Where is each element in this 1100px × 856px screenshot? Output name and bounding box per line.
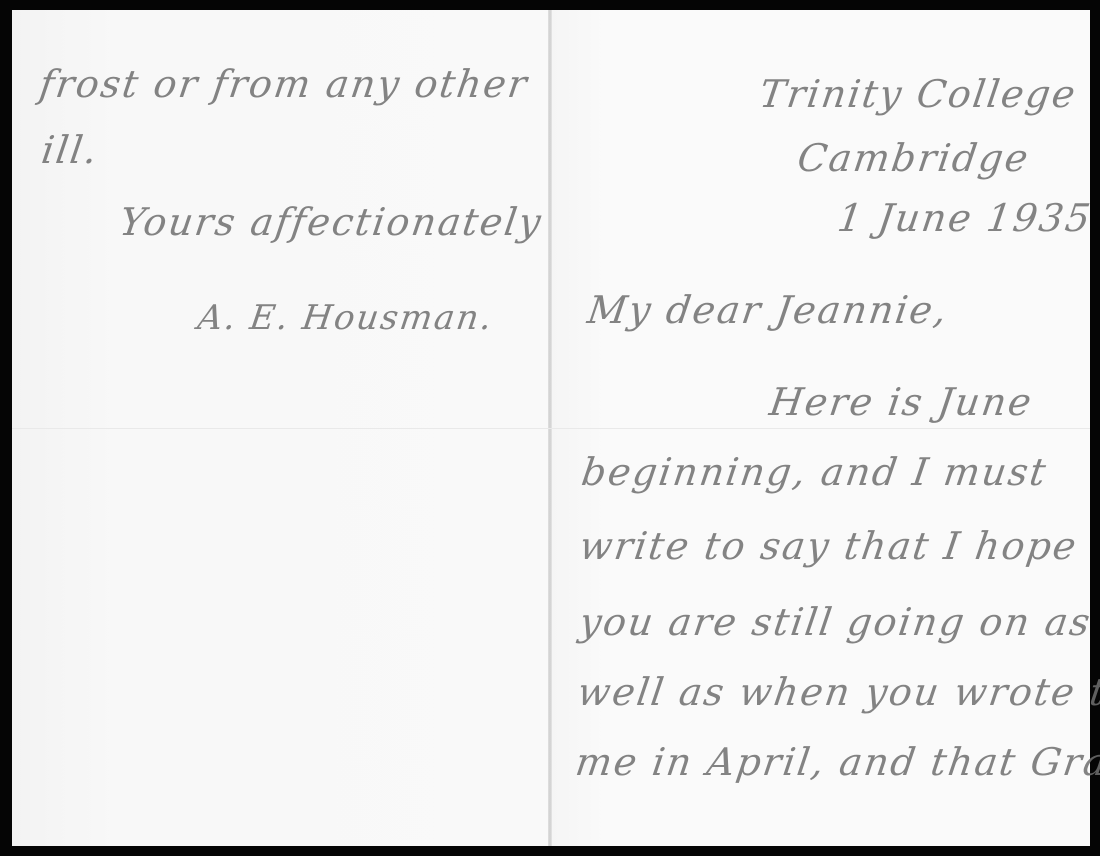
letter-line: Here is June [767,380,1036,424]
letter-line: ill. [39,128,102,172]
salutation: My dear Jeannie, [585,288,951,332]
letter-line: write to say that I hope [577,524,1081,568]
letter-date: 1 June 1935 [835,196,1095,240]
paper-fold-crease [12,428,1090,429]
letter-line: well as when you wrote to [575,670,1100,714]
letter-line: you are still going on as [577,600,1095,644]
letter-sheet: frost or from any other ill. Yours affec… [12,10,1090,846]
signature: A. E. Housman. [195,298,496,338]
letter-line: me in April, and that Grace [573,740,1100,784]
address-line-2: Cambridge [795,136,1033,180]
closing: Yours affectionately [117,200,545,244]
letter-line: beginning, and I must [579,450,1050,494]
address-line-1: Trinity College [757,72,1080,116]
letter-line: frost or from any other [37,62,531,106]
